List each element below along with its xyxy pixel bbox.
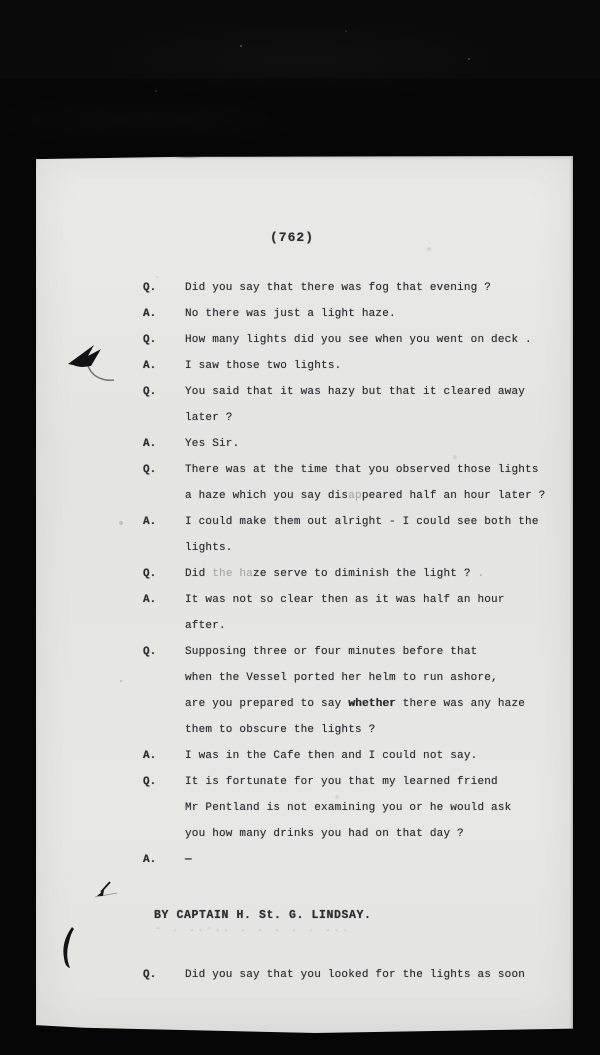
page-number: (762) bbox=[270, 230, 573, 245]
speaker-label bbox=[143, 691, 185, 717]
ink-mark-arrow bbox=[94, 880, 120, 902]
transcript-line: Q.Did you say that you looked for the li… bbox=[36, 962, 573, 988]
faded-ink-word: ap bbox=[348, 490, 362, 502]
examiner-byline: BY CAPTAIN H. St. G. LINDSAY. bbox=[154, 909, 573, 922]
line-text: you how many drinks you had on that day … bbox=[185, 821, 573, 847]
speaker-label: A. bbox=[143, 301, 185, 327]
speaker-label: Q. bbox=[143, 327, 185, 353]
transcript-line: them to obscure the lights ? bbox=[36, 717, 573, 743]
speaker-label bbox=[143, 405, 185, 431]
answer-dash: — bbox=[185, 847, 573, 873]
scan-dust-speckles bbox=[0, 0, 2, 2]
transcript-line: Q.Did the haze serve to diminish the lig… bbox=[36, 561, 573, 587]
line-text: How many lights did you see when you wen… bbox=[185, 327, 573, 353]
speaker-label: Q. bbox=[143, 275, 185, 301]
ink-blot-swoosh bbox=[56, 926, 82, 972]
transcript-line: A.— bbox=[36, 847, 573, 873]
speaker-label: A. bbox=[143, 847, 185, 873]
transcript-continued: Q.Did you say that you looked for the li… bbox=[36, 962, 573, 988]
speaker-label: A. bbox=[143, 587, 185, 613]
transcript-line: you how many drinks you had on that day … bbox=[36, 821, 573, 847]
faded-ink-word: the ha bbox=[212, 568, 253, 580]
transcript-line: Q.Did you say that there was fog that ev… bbox=[36, 275, 573, 301]
line-text: Did the haze serve to diminish the light… bbox=[185, 561, 573, 587]
line-text: I was in the Cafe then and I could not s… bbox=[185, 743, 573, 769]
speaker-label: A. bbox=[143, 431, 185, 457]
speaker-label: A. bbox=[143, 353, 185, 379]
line-text: Mr Pentland is not examining you or he w… bbox=[185, 795, 573, 821]
speaker-label: Q. bbox=[143, 379, 185, 405]
transcript-line: lights. bbox=[36, 535, 573, 561]
transcript-line: are you prepared to say whether there wa… bbox=[36, 691, 573, 717]
speaker-label: A. bbox=[143, 743, 185, 769]
transcript-line: Mr Pentland is not examining you or he w… bbox=[36, 795, 573, 821]
speaker-label bbox=[143, 483, 185, 509]
line-text: Supposing three or four minutes before t… bbox=[185, 639, 573, 665]
speaker-label: Q. bbox=[143, 962, 185, 988]
speaker-label: Q. bbox=[143, 561, 185, 587]
overstruck-word: whether bbox=[348, 698, 396, 710]
line-text: them to obscure the lights ? bbox=[185, 717, 573, 743]
ink-blot-bird bbox=[64, 342, 148, 386]
line-text: after. bbox=[185, 613, 573, 639]
transcript-line: A.No there was just a light haze. bbox=[36, 301, 573, 327]
transcript-line: later ? bbox=[36, 405, 573, 431]
faded-ink-mark: . bbox=[471, 568, 485, 580]
speaker-label bbox=[143, 821, 185, 847]
speaker-label bbox=[143, 795, 185, 821]
line-text: You said that it was hazy but that it cl… bbox=[185, 379, 573, 405]
line-text: I saw those two lights. bbox=[185, 353, 573, 379]
speaker-label: Q. bbox=[143, 457, 185, 483]
line-text: lights. bbox=[185, 535, 573, 561]
transcript-line: A.I was in the Cafe then and I could not… bbox=[36, 743, 573, 769]
line-text: Did you say that there was fog that even… bbox=[185, 275, 573, 301]
line-text: Did you say that you looked for the ligh… bbox=[185, 962, 573, 988]
line-text: There was at the time that you observed … bbox=[185, 457, 573, 483]
transcript-line: a haze which you say disappeared half an… bbox=[36, 483, 573, 509]
speaker-label: Q. bbox=[143, 769, 185, 795]
speaker-label bbox=[143, 613, 185, 639]
transcript-line: A.It was not so clear then as it was hal… bbox=[36, 587, 573, 613]
line-text: are you prepared to say whether there wa… bbox=[185, 691, 573, 717]
transcript-line: after. bbox=[36, 613, 573, 639]
line-text: It is fortunate for you that my learned … bbox=[185, 769, 573, 795]
transcript-line: Q.Supposing three or four minutes before… bbox=[36, 639, 573, 665]
transcript-line: A.Yes Sir. bbox=[36, 431, 573, 457]
scanned-page: (762) Q.Did you say that there was fog t… bbox=[36, 156, 573, 1033]
transcript-line: Q.It is fortunate for you that my learne… bbox=[36, 769, 573, 795]
transcript-line: when the Vessel ported her helm to run a… bbox=[36, 665, 573, 691]
speaker-label: A. bbox=[143, 509, 185, 535]
line-text: I could make them out alright - I could … bbox=[185, 509, 573, 535]
speaker-label: Q. bbox=[143, 639, 185, 665]
speaker-label bbox=[143, 535, 185, 561]
speaker-label bbox=[143, 665, 185, 691]
speaker-label bbox=[143, 717, 185, 743]
line-text: a haze which you say disappeared half an… bbox=[185, 483, 573, 509]
line-text: when the Vessel ported her helm to run a… bbox=[185, 665, 573, 691]
transcript-line: A.I could make them out alright - I coul… bbox=[36, 509, 573, 535]
line-text: later ? bbox=[185, 405, 573, 431]
line-text: No there was just a light haze. bbox=[185, 301, 573, 327]
transcript-line: Q.There was at the time that you observe… bbox=[36, 457, 573, 483]
smudged-underline: - . ..-.. . . . . . ... bbox=[155, 924, 573, 936]
line-text: Yes Sir. bbox=[185, 431, 573, 457]
line-text: It was not so clear then as it was half … bbox=[185, 587, 573, 613]
